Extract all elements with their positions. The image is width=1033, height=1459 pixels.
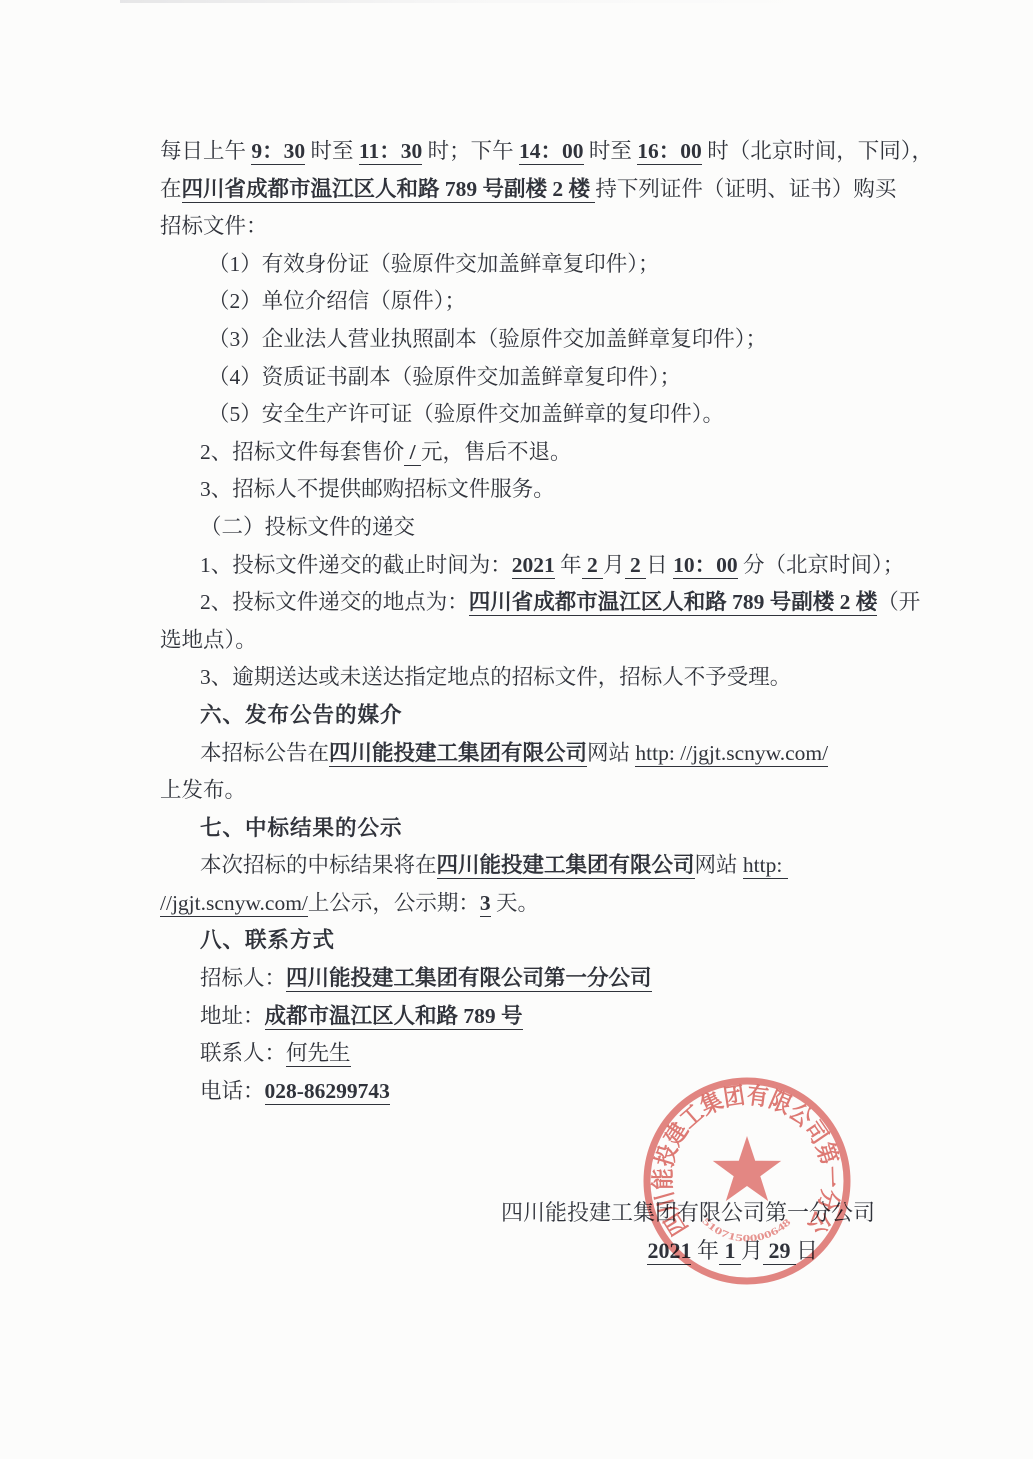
scan-edge-artifact (120, 0, 820, 3)
text-run: （开 (877, 590, 920, 614)
seal-serial: 5107150000648 (700, 1216, 794, 1245)
seal-company-arc: 四川能投建工集团有限公司第一分公司 (636, 1070, 845, 1240)
seal-star-icon (713, 1136, 781, 1201)
company-seal: 四川能投建工集团有限公司第一分公司 5107150000648 (636, 1070, 858, 1292)
document-page: 每日上午 9：30 时至 11：30 时；下午 14：00 时至 16：00 时… (0, 0, 1033, 1459)
